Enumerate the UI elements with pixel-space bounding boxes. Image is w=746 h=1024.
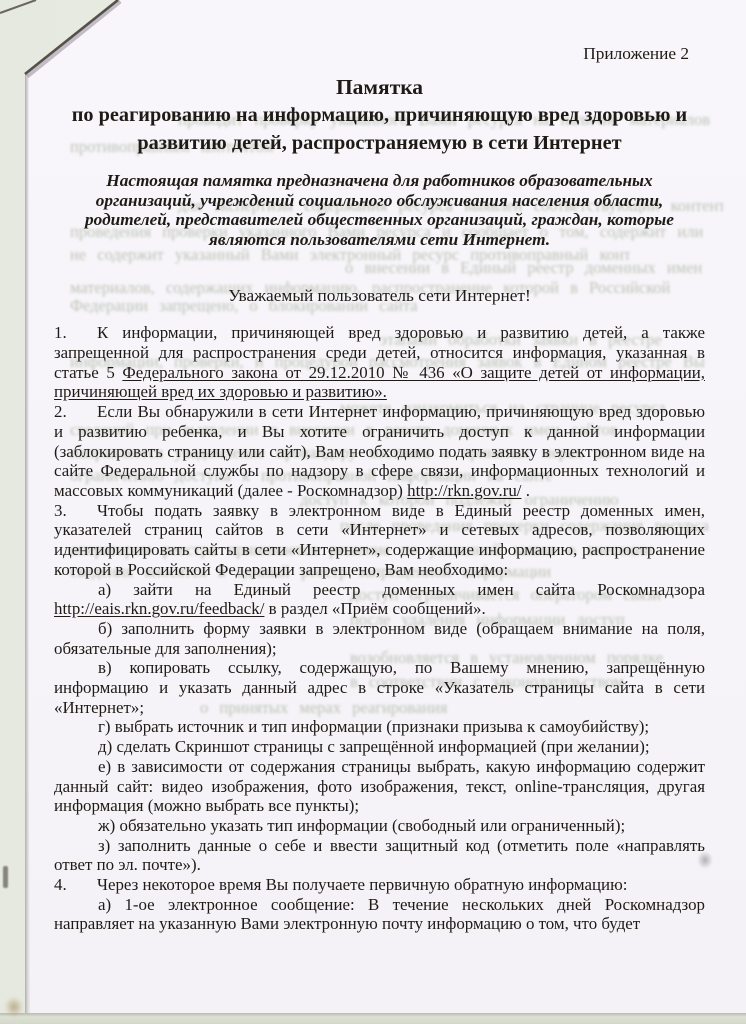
paragraph-4: 4.Через некоторое время Вы получаете пер… xyxy=(54,875,705,895)
list-item-a-text: а) зайти на Единый реестр доменных имен … xyxy=(98,580,705,599)
paragraph-3-number: 3. xyxy=(54,501,97,521)
paragraph-2-tail: . xyxy=(522,481,530,500)
paragraph-4-text: Через некоторое время Вы получаете перви… xyxy=(97,875,627,894)
list-item-zh: ж) обязательно указать тип информации (с… xyxy=(54,816,705,836)
left-edge-mark-artifact xyxy=(3,866,8,888)
paragraph-4-number: 4. xyxy=(54,875,97,895)
list-item-b: б) заполнить форму заявки в электронном … xyxy=(54,619,705,658)
bottom-corner-smudge-artifact xyxy=(5,997,23,1017)
paragraph-3: 3.Чтобы подать заявку в электронном виде… xyxy=(54,501,705,580)
law-reference: Федерального закона от 29.12.2010 № 436 … xyxy=(54,363,705,402)
paragraph-2-text: Если Вы обнаружили в сети Интернет инфор… xyxy=(54,402,705,500)
scanned-document-page: { "page": { "annex": "Приложение 2", "ti… xyxy=(0,0,746,1024)
document-body: 1.К информации, причиняющей вред здоровь… xyxy=(54,323,705,934)
paragraph-2-number: 2. xyxy=(54,402,97,422)
list-item-z: з) заполнить данные о себе и ввести защи… xyxy=(54,836,705,875)
list-item-a-tail: в раздел «Приём сообщений». xyxy=(264,599,485,618)
list-item-v: в) копировать ссылку, содержащую, по Ваш… xyxy=(54,658,705,717)
page-title: Памятка xyxy=(54,74,705,100)
paragraph-3-text: Чтобы подать заявку в электронном виде в… xyxy=(54,501,705,579)
annex-label: Приложение 2 xyxy=(54,44,705,64)
list-item-d: д) сделать Скриншот страницы с запрещённ… xyxy=(54,737,705,757)
eais-url: http://eais.rkn.gov.ru/feedback/ xyxy=(54,599,264,618)
rkn-url: http://rkn.gov.ru/ xyxy=(407,481,521,500)
salutation: Уважаемый пользователь сети Интернет! xyxy=(54,286,705,306)
paragraph-2: 2.Если Вы обнаружили в сети Интернет инф… xyxy=(54,402,705,501)
intro-paragraph: Настоящая памятка предназначена для рабо… xyxy=(80,171,680,249)
paragraph-1: 1.К информации, причиняющей вред здоровь… xyxy=(54,323,705,402)
document-content: Приложение 2 Памятка по реагированию на … xyxy=(54,0,705,934)
paragraph-1-number: 1. xyxy=(54,323,97,343)
list-item-e: е) в зависимости от содержания страницы … xyxy=(54,757,705,816)
list-item-a: а) зайти на Единый реестр доменных имен … xyxy=(54,580,705,619)
list-item-a4: а) 1-ое электронное сообщение: В течение… xyxy=(54,895,705,934)
list-item-g: г) выбрать источник и тип информации (пр… xyxy=(54,717,705,737)
page-subtitle: по реагированию на информацию, причиняющ… xyxy=(56,102,704,157)
